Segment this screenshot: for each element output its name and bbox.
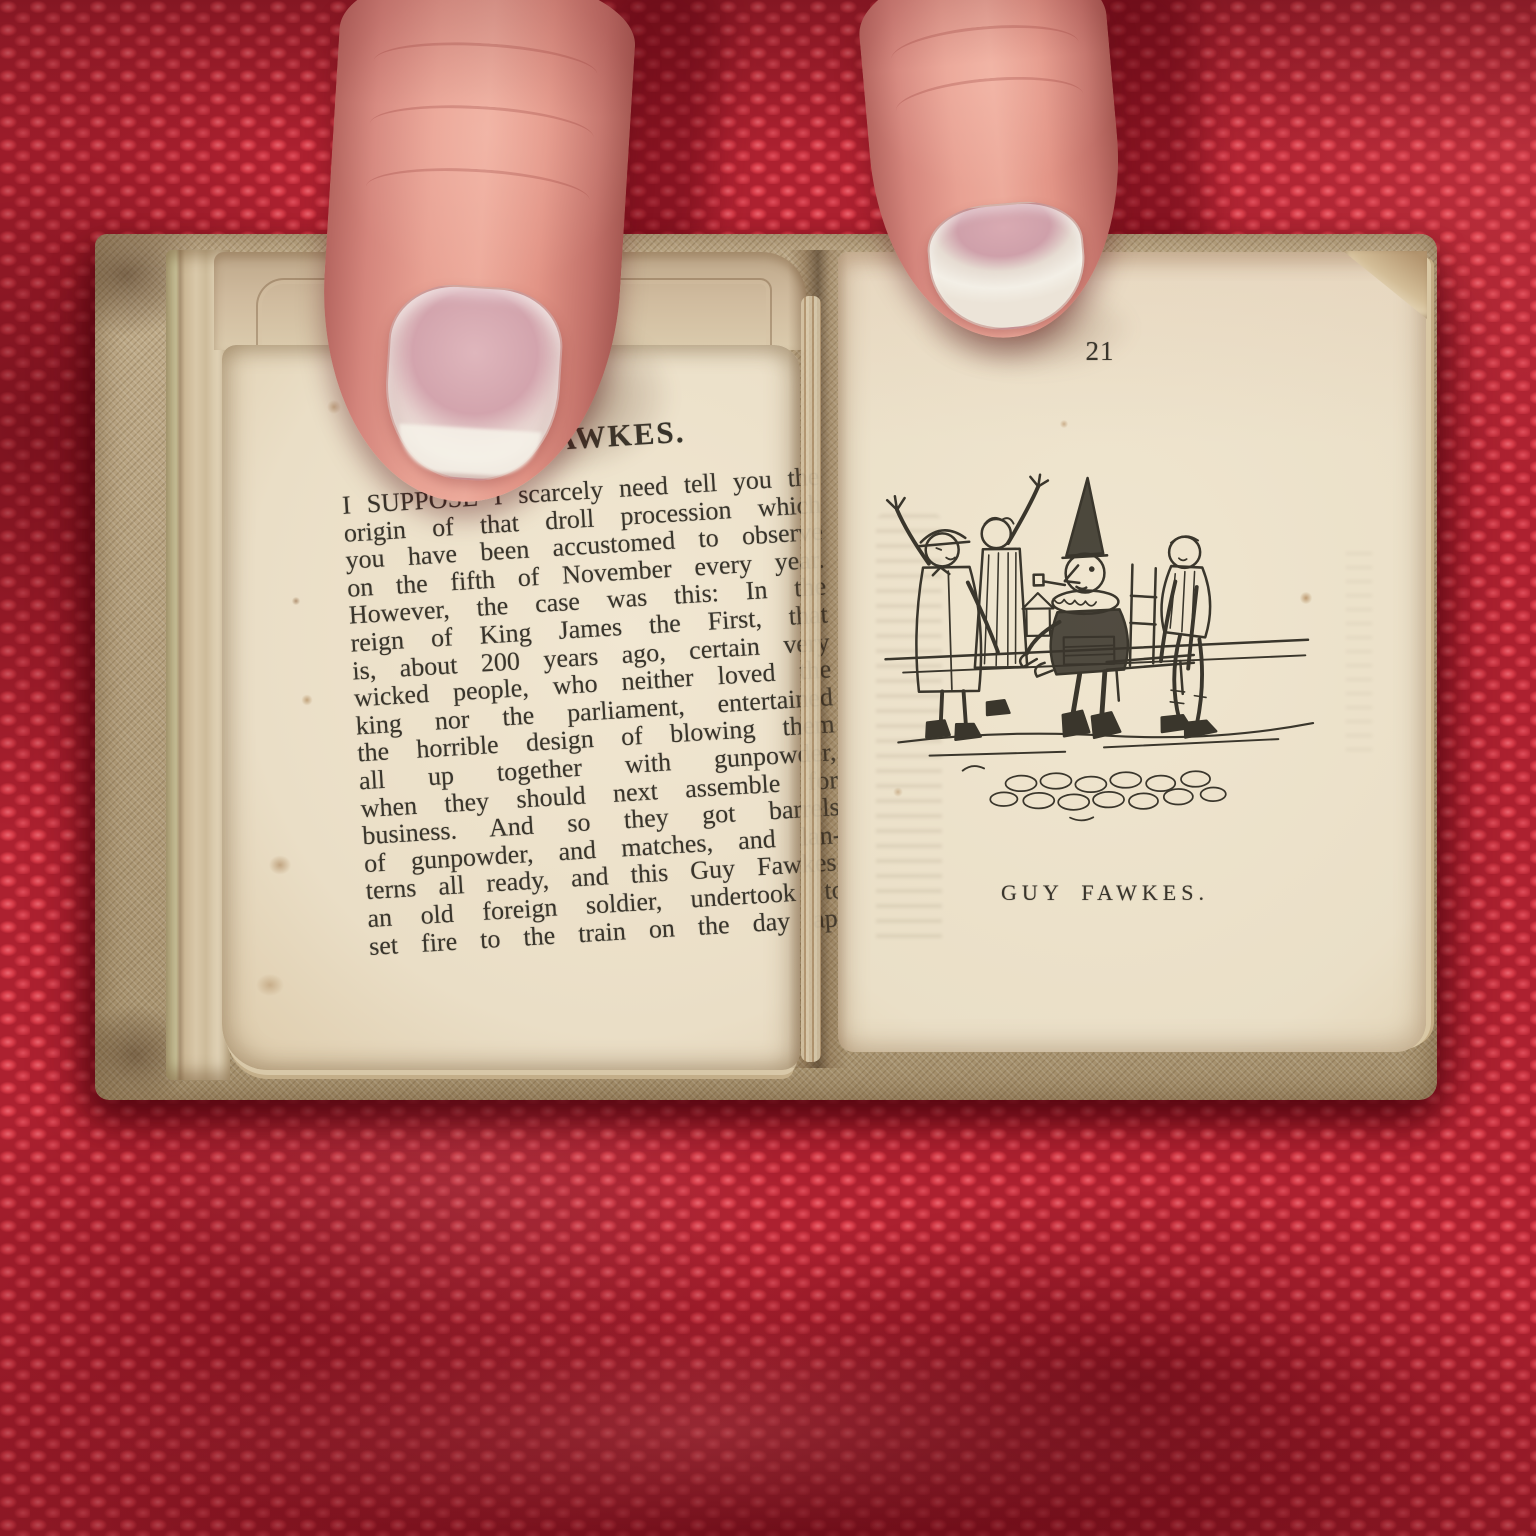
finger-crease bbox=[894, 70, 1086, 135]
page-stack-left-edges bbox=[166, 250, 230, 1080]
finger-crease bbox=[368, 99, 596, 162]
finger-crease bbox=[372, 36, 600, 99]
show-through-text bbox=[1346, 552, 1372, 752]
gutter-page-edges bbox=[801, 296, 821, 1062]
finger-crease bbox=[889, 18, 1081, 83]
right-page: 21 bbox=[838, 252, 1426, 1052]
illustration-caption: GUY FAWKES. bbox=[838, 880, 1372, 906]
finger-crease bbox=[364, 163, 592, 226]
guy-fawkes-illustration bbox=[871, 463, 1323, 869]
left-fingernail bbox=[380, 281, 566, 485]
left-page-body: I SUPPOSE I scarcely need tell you theor… bbox=[341, 463, 847, 960]
page-number: 21 bbox=[838, 336, 1362, 367]
dog-ear-fold bbox=[1343, 251, 1427, 319]
